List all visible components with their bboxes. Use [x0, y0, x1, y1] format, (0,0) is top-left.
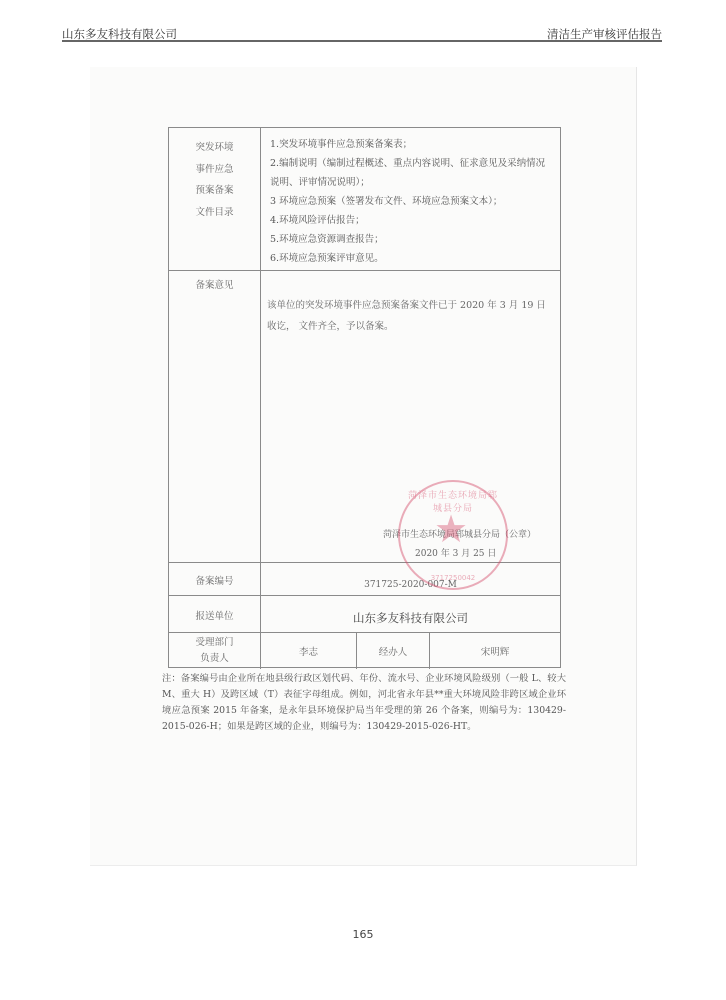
- department-head-row: 受理部门 负责人 李志 经办人 宋明辉: [169, 633, 560, 669]
- handler-label: 经办人: [357, 633, 430, 669]
- file-list-item: 2.编制说明（编制过程概述、重点内容说明、征求意见及采纳情况说明、评审情况说明）…: [270, 154, 554, 192]
- label-line: 预案备案: [169, 180, 260, 202]
- file-list-label: 突发环境 事件应急 预案备案 文件目录: [169, 128, 261, 270]
- label-line: 文件目录: [169, 202, 260, 224]
- handler-name: 宋明辉: [430, 633, 560, 669]
- label-line: 负责人: [169, 651, 260, 667]
- file-list-item: 6.环境应急预案评审意见。: [270, 249, 554, 268]
- filing-form-table: 突发环境 事件应急 预案备案 文件目录 1.突发环境事件应急预案备案表； 2.编…: [168, 127, 561, 668]
- page-number: 165: [0, 928, 726, 941]
- file-list-item: 3 环境应急预案（签署发布文件、环境应急预案文本）；: [270, 192, 554, 211]
- file-list-value: 1.突发环境事件应急预案备案表； 2.编制说明（编制过程概述、重点内容说明、征求…: [261, 128, 560, 270]
- official-seal: 菏泽市生态环境局郓城县分局 ★ 3717250042: [398, 480, 508, 590]
- file-list-item: 1.突发环境事件应急预案备案表；: [270, 135, 554, 154]
- label-line: 突发环境: [169, 137, 260, 159]
- file-list-item: 5.环境应急资源调查报告；: [270, 230, 554, 249]
- seal-star-icon: ★: [434, 510, 468, 548]
- label-line: 事件应急: [169, 159, 260, 181]
- header-divider: [62, 40, 662, 42]
- file-list-item: 4.环境风险评估报告；: [270, 211, 554, 230]
- opinion-label: 备案意见: [169, 271, 261, 562]
- submitting-unit-value: 山东多友科技有限公司: [261, 596, 560, 632]
- file-list-row: 突发环境 事件应急 预案备案 文件目录 1.突发环境事件应急预案备案表； 2.编…: [169, 128, 560, 271]
- submitting-unit-label: 报送单位: [169, 596, 261, 632]
- footnote: 注：备案编号由企业所在地县级行政区划代码、年份、流水号、企业环境风险级别（一般 …: [162, 671, 566, 735]
- record-number-row: 备案编号 371725-2020-007-M: [169, 563, 560, 596]
- record-number-label: 备案编号: [169, 563, 261, 595]
- opinion-text: 该单位的突发环境事件应急预案备案文件已于 2020 年 3 月 19 日收讫， …: [267, 295, 552, 337]
- department-head-label: 受理部门 负责人: [169, 633, 261, 669]
- seal-code: 3717250042: [418, 574, 488, 582]
- department-head-name: 李志: [261, 633, 357, 669]
- label-line: 受理部门: [169, 635, 260, 651]
- submitting-unit-row: 报送单位 山东多友科技有限公司: [169, 596, 560, 633]
